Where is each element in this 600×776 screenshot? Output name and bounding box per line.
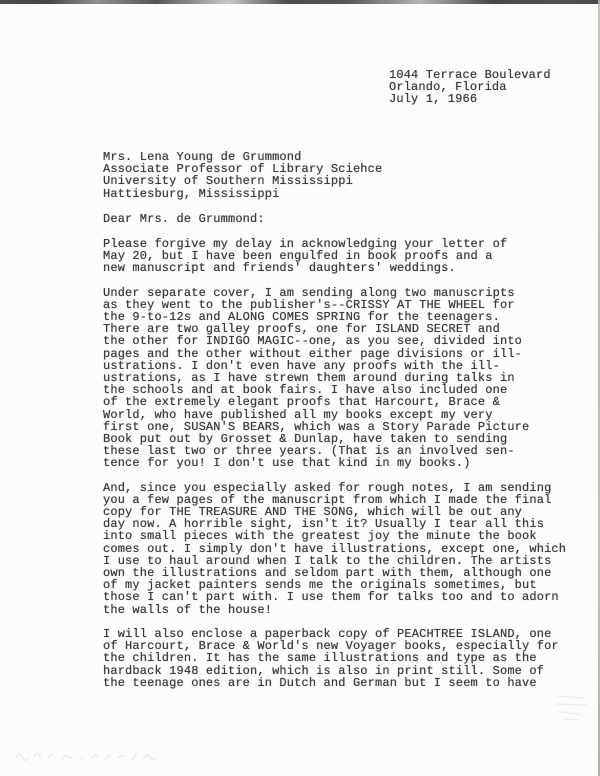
- sender-address-block: 1044 Terrace Boulevard Orlando, Florida …: [389, 69, 551, 106]
- scan-smudge: [552, 690, 596, 724]
- scan-edge-top: [0, 0, 600, 4]
- paragraph-3: And, since you especially asked for roug…: [103, 482, 575, 616]
- paragraph-2: Under separate cover, I am sending along…: [103, 287, 575, 470]
- letter-page: 1044 Terrace Boulevard Orlando, Florida …: [0, 0, 600, 776]
- paragraph-4: I will also enclose a paperback copy of …: [103, 628, 575, 689]
- paragraph-1: Please forgive my delay in acknowledging…: [103, 238, 575, 275]
- salutation: Dear Mrs. de Grummond:: [103, 213, 265, 225]
- faint-pencil-marks: [12, 742, 212, 768]
- recipient-address-block: Mrs. Lena Young de Grummond Associate Pr…: [103, 151, 382, 200]
- letter-body: Please forgive my delay in acknowledging…: [103, 238, 575, 701]
